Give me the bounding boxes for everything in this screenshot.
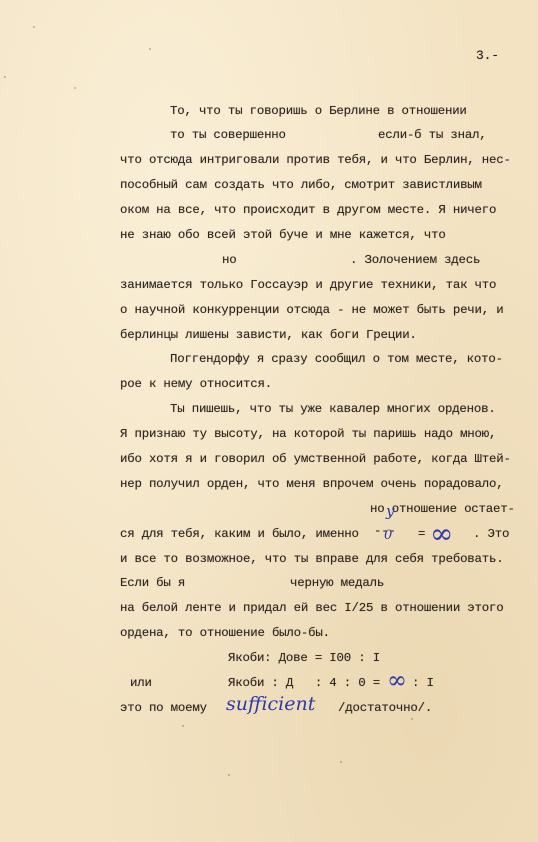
handwritten-fraction-denominator: 0: [384, 528, 392, 543]
handwritten-fraction-numerator: y: [386, 502, 394, 520]
text-line: нер получил орден, что меня впрочем очен…: [120, 477, 504, 491]
formula-line: Якоби: Дове = I00 : I: [228, 651, 380, 665]
text-line: то ты совершенно: [170, 128, 286, 142]
document-page: 3.- То, что ты говоришь о Берлине в отно…: [0, 0, 538, 842]
text-line: не знаю обо всей этой буче и мне кажется…: [120, 228, 446, 242]
paper-speck: [149, 48, 151, 50]
text-line: берлинцы лишены зависти, как боги Греции…: [120, 328, 417, 342]
text-line: . Это: [473, 527, 509, 541]
formula-line: : I: [412, 676, 434, 690]
paper-speck: [411, 718, 413, 720]
infinity-icon: ∞: [387, 666, 407, 694]
text-line: это по моему: [120, 701, 207, 715]
text-line: ся для тебя, каким и было, именно: [120, 527, 359, 541]
text-line: если-б ты знал,: [378, 128, 487, 142]
text-line: ордена, то отношение было-бы.: [120, 626, 330, 640]
text-line: . Золочением здесь: [350, 253, 480, 267]
text-line: и все то возможное, что ты вправе для се…: [120, 552, 504, 566]
text-line: Ты пишешь, что ты уже кавалер многих орд…: [170, 402, 496, 416]
text-line: на белой ленте и придал ей вес I/25 в от…: [120, 601, 504, 615]
text-line: ибо хотя я и говорил об умственной работ…: [120, 452, 511, 466]
page-number: 3.-: [476, 48, 499, 63]
text-line: что отсюда интриговали против тебя, и чт…: [120, 153, 511, 167]
text-line: рое к нему относится.: [120, 377, 272, 391]
paper-speck: [340, 761, 342, 763]
paper-speck: [4, 76, 6, 78]
text-line: черную медаль: [290, 576, 384, 590]
text-line: То, что ты говоришь о Берлине в отношени…: [170, 104, 467, 118]
text-line: оком на все, что происходит в другом мес…: [120, 203, 496, 217]
text-line: /достаточно/.: [338, 701, 432, 715]
formula-line: Якоби : Д : 4 : 0 =: [228, 676, 380, 690]
paper-speck: [33, 26, 35, 28]
paper-speck: [74, 87, 76, 89]
text-line: пособный сам создать что либо, смотрит з…: [120, 178, 482, 192]
text-line: Поггендорфу я сразу сообщил о том месте,…: [170, 352, 503, 366]
paper-speck: [182, 725, 184, 727]
infinity-icon: ∞: [430, 517, 453, 550]
paper-speck: [228, 774, 230, 776]
text-line: Я признаю ту высоту, на которой ты париш…: [120, 427, 496, 441]
text-line: занимается только Госсауэр и другие техн…: [120, 278, 496, 292]
equals-sign: =: [418, 527, 425, 541]
handwritten-word: sufficient: [226, 693, 315, 715]
text-line: Если бы я: [120, 576, 185, 590]
text-line: о научной конкурренции отсюда - не может…: [120, 303, 504, 317]
text-line: но: [222, 253, 236, 267]
text-line: или: [130, 676, 152, 690]
